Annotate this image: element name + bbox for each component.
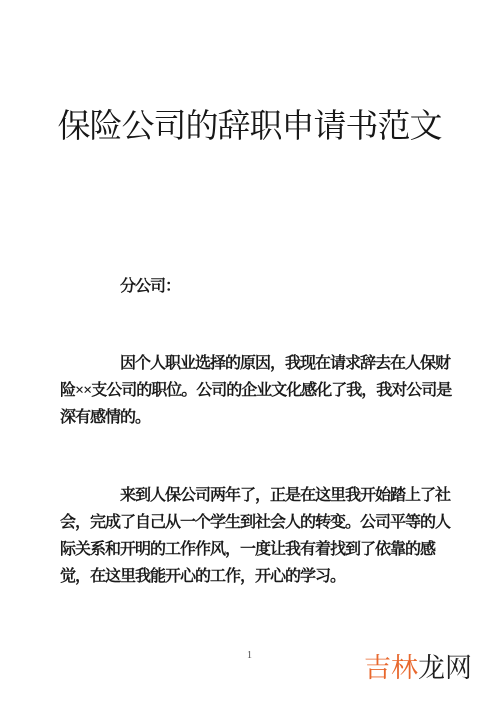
body-paragraph: 因个人职业选择的原因，我现在请求辞去在人保财险××支公司的职位。公司的企业文化感… (60, 350, 452, 431)
watermark-brand-secondary: 龙网 (418, 653, 472, 683)
body-paragraph: 来到人保公司两年了，正是在这里我开始踏上了社会，完成了自己从一个学生到社会人的转… (60, 482, 452, 590)
salutation: 分公司： (60, 273, 452, 300)
site-watermark: 吉林龙网 (364, 652, 472, 684)
watermark-brand-primary: 吉林 (364, 653, 418, 683)
document-title: 保险公司的辞职申请书范文 (50, 104, 449, 150)
document-page: 保险公司的辞职申请书范文 分公司： 因个人职业选择的原因，我现在请求辞去在人保财… (0, 0, 499, 706)
